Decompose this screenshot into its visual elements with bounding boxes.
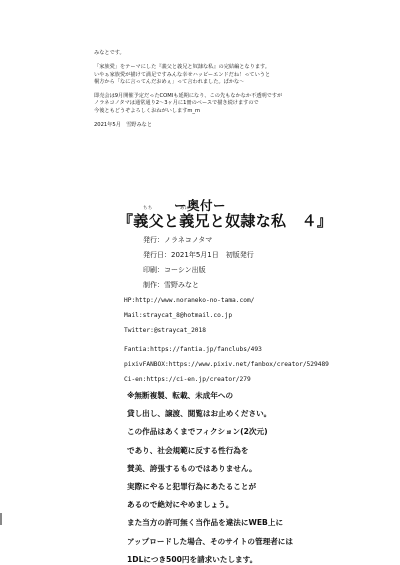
notice-line: 賛美、誇張するものではありません。 <box>127 460 293 478</box>
link-fantia: Fantia:https://fantia.jp/fanclubs/493 <box>124 342 329 357</box>
afterword-signature: 2021年5月 雪野みなと <box>94 122 334 129</box>
notice-line: この作品はあくまでフィクション(2次元) <box>127 423 293 441</box>
meta-row-author: 制作：雪野みなと <box>143 278 254 293</box>
notice-line: あるので絶対にやめましょう。 <box>127 496 293 514</box>
publication-meta: 発行：ノラネコノタマ 発行日：2021年5月1日 初版発行 印刷：コーシン出版 … <box>143 233 254 293</box>
ruby-chichi: ちち <box>143 205 153 211</box>
notice-line: 実際にやると犯罪行為にあたることが <box>127 478 293 496</box>
afterword-line: 桐方から「なに言ってんだおめぇ」って言われました。ぱかな～ <box>94 79 334 86</box>
afterword-line: 今後ともどうぞよろしくおねがいしますm_m <box>94 108 334 115</box>
notice-line: また当方の許可無く当作品を違法にWEB上に <box>127 514 293 532</box>
afterword-line: ノラネコノタマは通常通り2～3ヶ月に1冊のペースで描き続けますので <box>94 100 334 107</box>
notice-line: 1DLにつき500円を請求いたします。 <box>127 551 293 565</box>
scan-edge-mark <box>0 513 2 525</box>
link-cien: Ci-en:https://ci-en.jp/creator/279 <box>124 372 329 387</box>
afterword-line: 「家族愛」をテーマにした『義父と義兄と奴隷な私』の完結編となります。 <box>94 64 334 71</box>
notice-line: 貸し出し、譲渡、閲覧はお止めください。 <box>127 405 293 423</box>
afterword-greeting: みなとです。 <box>94 50 334 57</box>
notice-line: アップロードした場合、そのサイトの管理者には <box>127 533 293 551</box>
link-mail: Mail:straycat_8@hotmail.co.jp <box>124 308 329 323</box>
meta-row-publisher: 発行：ノラネコノタマ <box>143 233 254 248</box>
notice-line: であり、社会規範に反する性行為を <box>127 442 293 460</box>
book-title-text: 『義父と義兄と奴隷な私 ４』 <box>118 212 332 230</box>
notice-line: ※無断複製、転載、未成年への <box>127 387 293 405</box>
ruby-ani: あに <box>180 205 190 211</box>
meta-row-printer: 印刷：コーシン出版 <box>143 263 254 278</box>
link-hp: HP:http://www.noraneko-no-tama.com/ <box>124 293 329 308</box>
book-title: ちち あに 『義父と義兄と奴隷な私 ４』 <box>118 210 318 231</box>
legal-notice: ※無断複製、転載、未成年への 貸し出し、譲渡、閲覧はお止めください。 この作品は… <box>127 387 293 565</box>
link-pixivfanbox: pixivFANBOX:https://www.pixiv.net/fanbox… <box>124 357 329 372</box>
link-twitter: Twitter:@straycat_2018 <box>124 323 329 338</box>
afterword: みなとです。 「家族愛」をテーマにした『義父と義兄と奴隷な私』の完結編となります… <box>94 50 334 129</box>
meta-row-date: 発行日：2021年5月1日 初版発行 <box>143 248 254 263</box>
contact-links: HP:http://www.noraneko-no-tama.com/ Mail… <box>124 293 329 387</box>
afterword-line: いやぁ家族愛が描けて満足ですみんな幸せハッピーエンドだね！っていうと <box>94 72 334 79</box>
